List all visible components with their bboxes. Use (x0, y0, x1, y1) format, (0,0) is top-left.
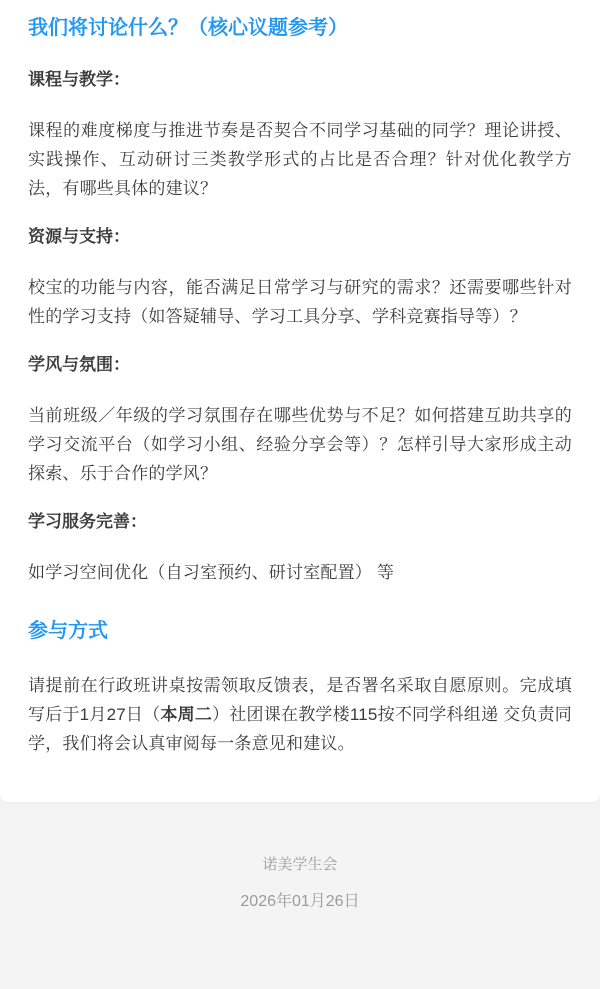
subheading-course-teaching: 课程与教学： (28, 68, 572, 92)
paragraph-study-services: 如学习空间优化（自习室预约、研讨室配置） 等 (28, 558, 572, 587)
footer-organization: 诺美学生会 (0, 854, 600, 876)
paragraph-resources-support: 校宝的功能与内容，能否满足日常学习与研究的需求？还需要哪些针对性的学习支持（如答… (28, 273, 572, 331)
paragraph-course-teaching: 课程的难度梯度与推进节奏是否契合不同学习基础的同学？理论讲授、实践操作、互动研讨… (28, 116, 572, 203)
subheading-study-atmosphere: 学风与氛围： (28, 353, 572, 377)
subheading-resources-support: 资源与支持： (28, 225, 572, 249)
paragraph-study-atmosphere: 当前班级／年级的学习氛围存在哪些优势与不足？如何搭建互助共享的学习交流平台（如学… (28, 401, 572, 488)
subheading-study-services: 学习服务完善： (28, 510, 572, 534)
discussion-section-title: 我们将讨论什么？（核心议题参考） (28, 14, 572, 42)
paragraph-participation: 请提前在行政班讲桌按需领取反馈表，是否署名采取自愿原则。完成填写后于1月27日（… (28, 671, 572, 758)
participation-text-bold: 本周二 (160, 705, 212, 724)
article-card: 我们将讨论什么？（核心议题参考） 课程与教学： 课程的难度梯度与推进节奏是否契合… (0, 0, 600, 802)
footer-date: 2026年01月26日 (0, 891, 600, 913)
article-footer: 诺美学生会 2026年01月26日 (0, 802, 600, 913)
participation-section-title: 参与方式 (28, 617, 572, 645)
